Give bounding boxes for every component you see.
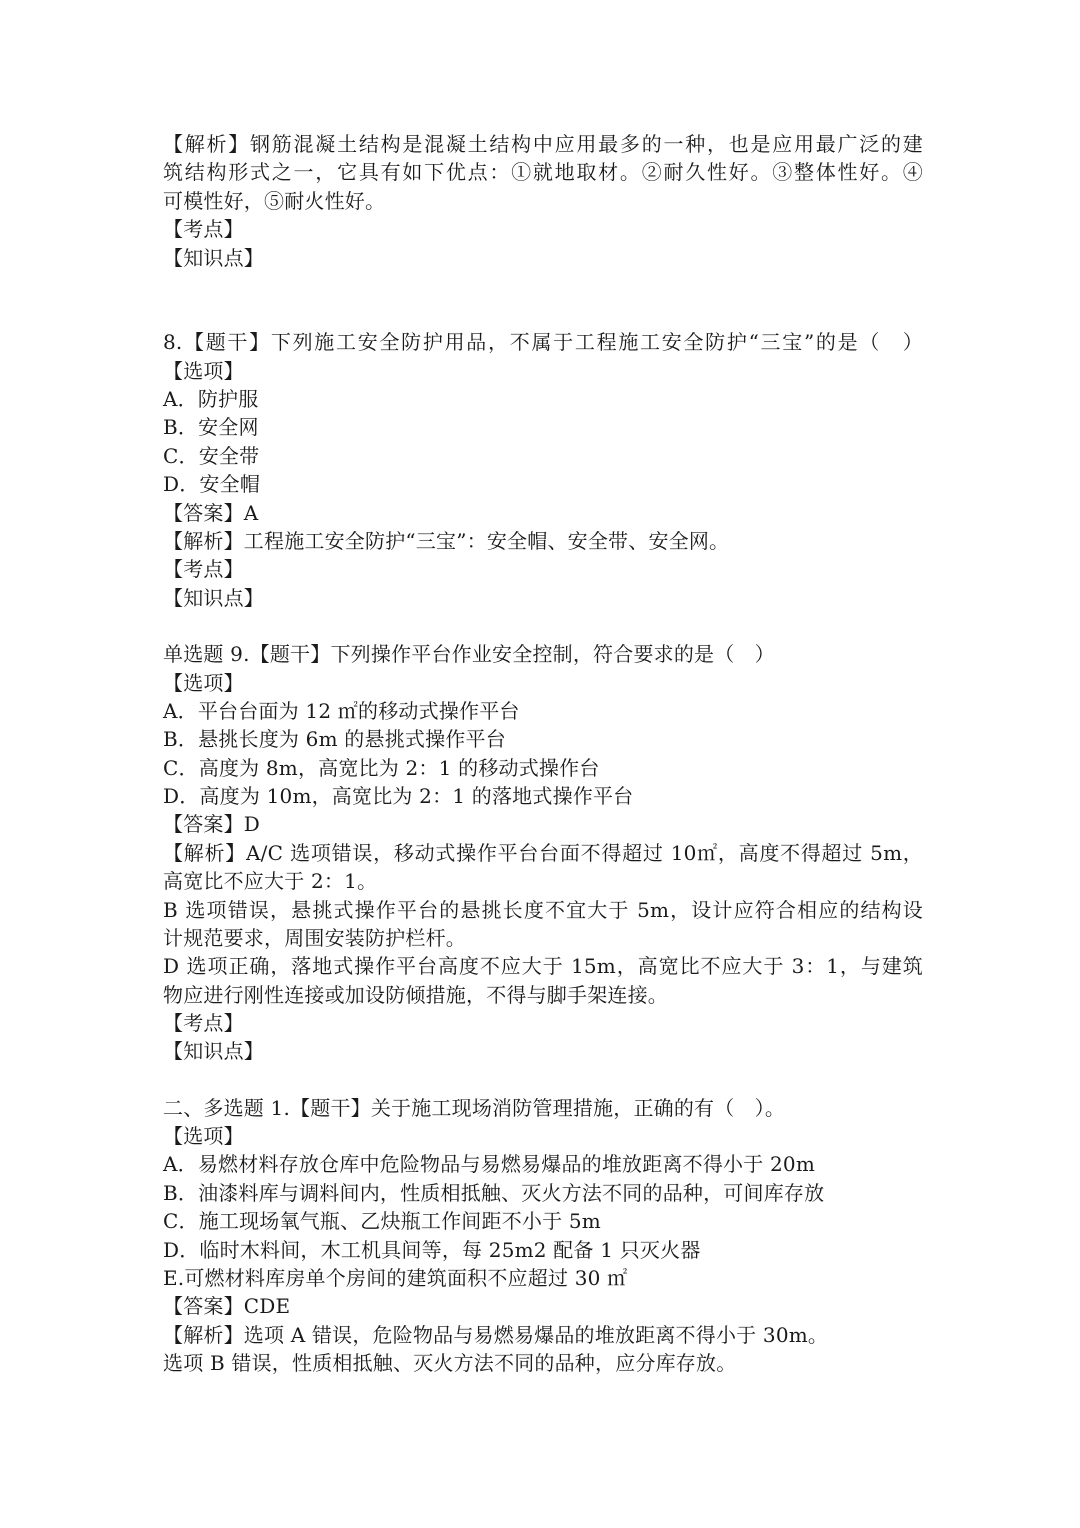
prev-analysis-line-2: 筑结构形式之一，它具有如下优点：①就地取材。②耐久性好。③整体性好。④ [163, 158, 923, 186]
q8-options-label: 【选项】 [163, 357, 923, 385]
q8-option-a: A．防护服 [163, 385, 923, 413]
q9-zhishidian-label: 【知识点】 [163, 1037, 923, 1065]
mq1-analysis-line-2: 选项 B 错误，性质相抵触、灭火方法不同的品种，应分库存放。 [163, 1349, 923, 1377]
q9-analysis-line-4: 计规范要求，周围安装防护栏杆。 [163, 924, 923, 952]
q8-option-d: D．安全帽 [163, 470, 923, 498]
q9-analysis-line-2: 高宽比不应大于 2：1。 [163, 867, 923, 895]
mq1-option-c: C．施工现场氧气瓶、乙炔瓶工作间距不小于 5m [163, 1207, 923, 1235]
q8-zhishidian-label: 【知识点】 [163, 584, 923, 612]
mq1-option-d: D．临时木料间，木工机具间等，每 25m2 配备 1 只灭火器 [163, 1236, 923, 1264]
mq1-analysis-line-1: 【解析】选项 A 错误，危险物品与易燃易爆品的堆放距离不得小于 30m。 [163, 1321, 923, 1349]
q9-option-d: D．高度为 10m，高宽比为 2：1 的落地式操作平台 [163, 782, 923, 810]
q8-analysis: 【解析】工程施工安全防护“三宝”：安全帽、安全带、安全网。 [163, 527, 923, 555]
q9-analysis-line-3: B 选项错误，悬挑式操作平台的悬挑长度不宜大于 5m，设计应符合相应的结构设 [163, 896, 923, 924]
q9-stem: 单选题 9.【题干】下列操作平台作业安全控制，符合要求的是（ ） [163, 640, 923, 668]
mq1-option-b: B．油漆料库与调料间内，性质相抵触、灭火方法不同的品种，可间库存放 [163, 1179, 923, 1207]
prev-analysis-line-3: 可模性好，⑤耐火性好。 [163, 187, 923, 215]
mq1-answer: 【答案】CDE [163, 1292, 923, 1320]
q8-kaodian-label: 【考点】 [163, 555, 923, 583]
prev-analysis-line-1: 【解析】钢筋混凝土结构是混凝土结构中应用最多的一种，也是应用最广泛的建 [163, 130, 923, 158]
q9-answer: 【答案】D [163, 810, 923, 838]
q9-analysis-line-6: 物应进行刚性连接或加设防倾措施，不得与脚手架连接。 [163, 981, 923, 1009]
q9-options-label: 【选项】 [163, 669, 923, 697]
mq1-options-label: 【选项】 [163, 1122, 923, 1150]
q9-option-a: A．平台台面为 12 ㎡的移动式操作平台 [163, 697, 923, 725]
q8-option-c: C．安全带 [163, 442, 923, 470]
mq1-option-e: E.可燃材料库房单个房间的建筑面积不应超过 30 ㎡ [163, 1264, 923, 1292]
mq1-stem: 二、多选题 1.【题干】关于施工现场消防管理措施，正确的有（ ）。 [163, 1094, 923, 1122]
document-page: 【解析】钢筋混凝土结构是混凝土结构中应用最多的一种，也是应用最广泛的建 筑结构形… [0, 0, 1080, 1528]
q9-analysis-line-5: D 选项正确，落地式操作平台高度不应大于 15m，高宽比不应大于 3：1，与建筑 [163, 952, 923, 980]
q9-analysis-line-1: 【解析】A/C 选项错误，移动式操作平台台面不得超过 10㎡，高度不得超过 5m… [163, 839, 923, 867]
mq1-option-a: A．易燃材料存放仓库中危险物品与易燃易爆品的堆放距离不得小于 20m [163, 1150, 923, 1178]
q9-kaodian-label: 【考点】 [163, 1009, 923, 1037]
q9-option-b: B．悬挑长度为 6m 的悬挑式操作平台 [163, 725, 923, 753]
q8-option-b: B．安全网 [163, 413, 923, 441]
q8-stem: 8.【题干】下列施工安全防护用品，不属于工程施工安全防护“三宝”的是（ ） [163, 328, 923, 356]
prev-kaodian-label: 【考点】 [163, 215, 923, 243]
q9-option-c: C．高度为 8m，高宽比为 2：1 的移动式操作台 [163, 754, 923, 782]
prev-zhishidian-label: 【知识点】 [163, 244, 923, 272]
q8-answer: 【答案】A [163, 499, 923, 527]
